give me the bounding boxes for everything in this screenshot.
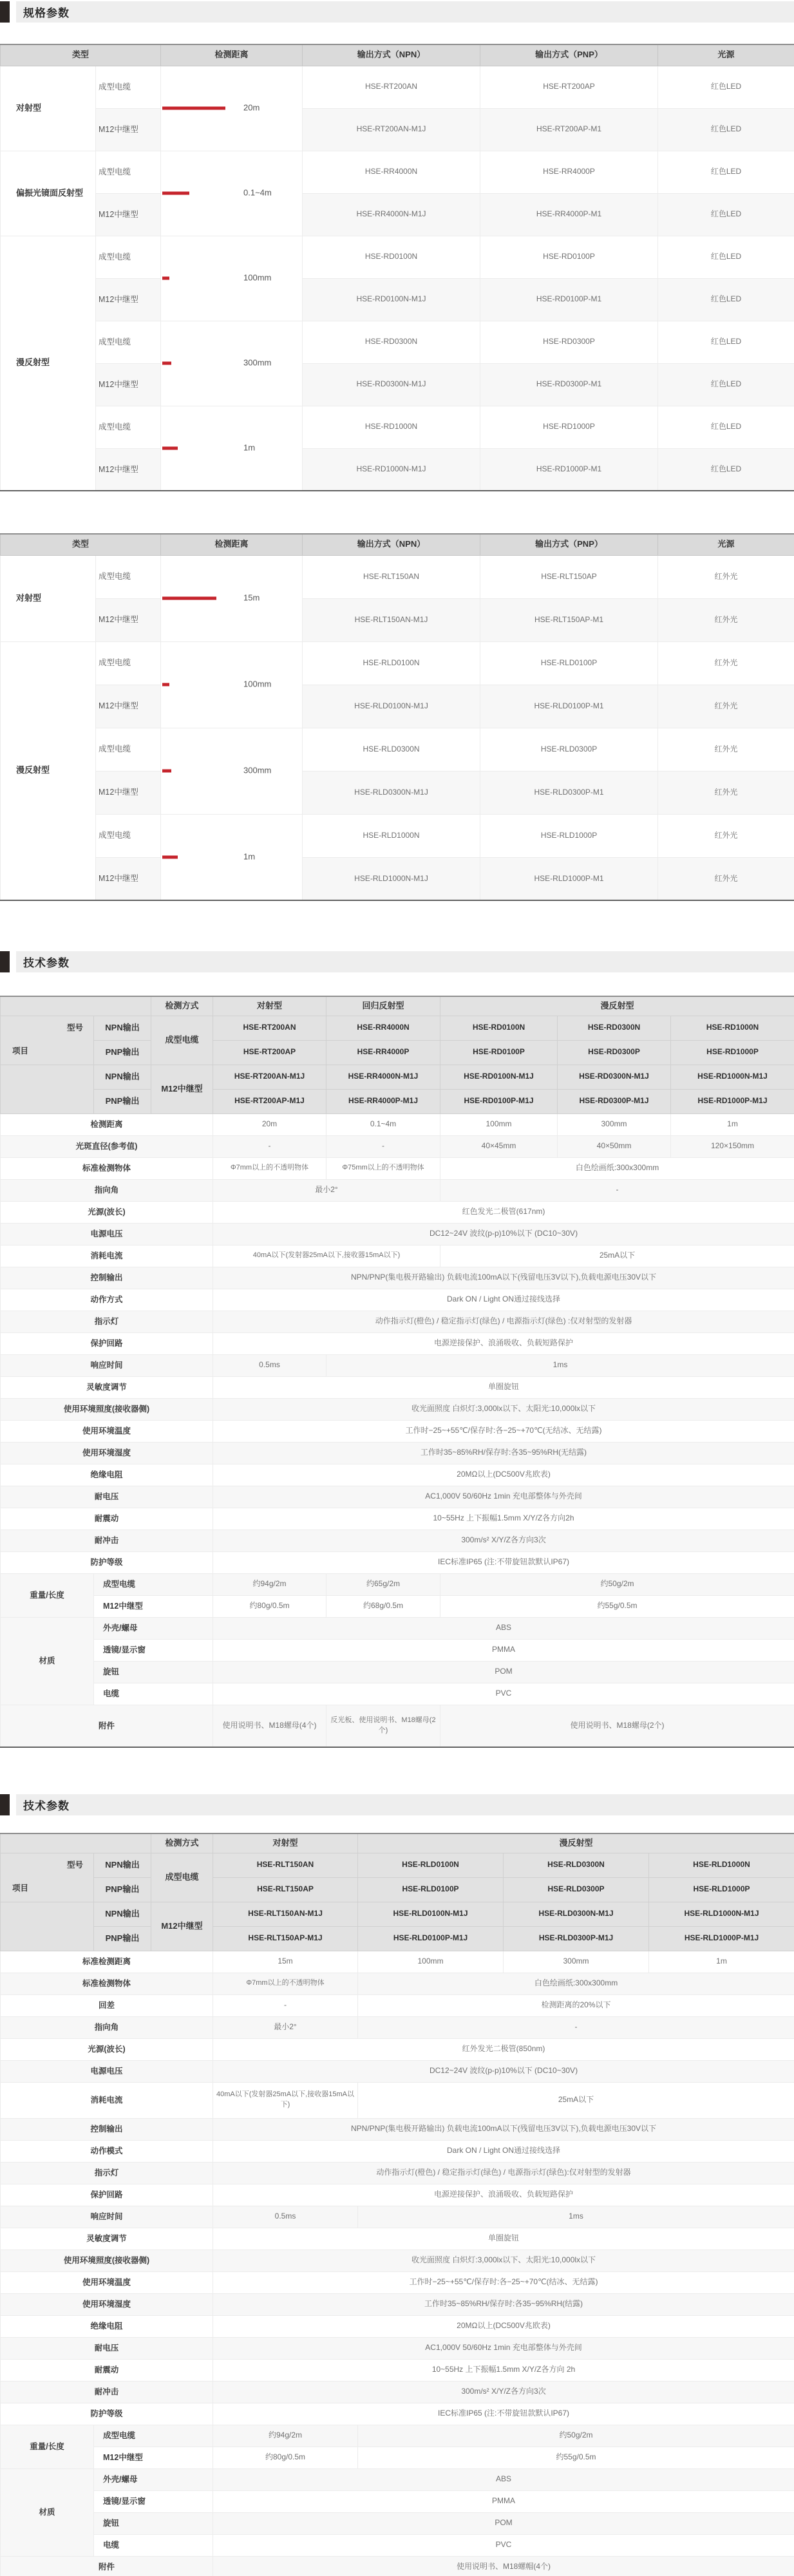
spec-value-cell: IEC标准IP65 (注:不带旋钮款默认IP67) <box>213 2403 794 2425</box>
distance-label: 300mm <box>243 765 271 777</box>
spec-label-cell: 保护回路 <box>1 1332 213 1354</box>
spec-value-cell: 300m/s² X/Y/Z各方向3次 <box>213 2381 794 2403</box>
table-row: 耐震动10~55Hz 上下振幅1.5mm X/Y/Z各方向 2h <box>1 2359 794 2381</box>
section-banner: 技术参数 <box>16 951 794 972</box>
spec-label-cell: 使用环境照度(接收器侧) <box>1 2249 213 2271</box>
spec-value-cell: HSE-RT200AP-M1 <box>480 108 658 151</box>
column-header-cell: 成型电缆 <box>151 1853 213 1902</box>
spec-value-cell: 约94g/2m <box>213 2425 358 2447</box>
section-title: 技术参数 <box>16 1797 70 1813</box>
spec-value-cell: HSE-RLT150AN-M1J <box>303 598 480 641</box>
spec-value-cell: 红色LED <box>658 193 794 236</box>
section-title: 规格参数 <box>16 4 70 20</box>
table-header-row: PNP输出HSE-RLT150AP-M1JHSE-RLD0100P-M1JHSE… <box>1 1926 794 1951</box>
table-row: 附件使用说明书、M18螺母(4个)反光板、使用说明书、M18螺母(2个)使用说明… <box>1 1705 794 1747</box>
model-number-cell: HSE-RLD1000N <box>649 1853 794 1877</box>
distance-indicator: 300mm <box>161 350 302 376</box>
cable-type-cell: M12中继型 <box>96 108 161 151</box>
table-row: 指示灯动作指示灯(橙色) / 稳定指示灯(绿色) / 电源指示灯(绿色) :仅对… <box>1 1311 794 1332</box>
spec-value-cell: 0.5ms <box>213 2206 358 2228</box>
spec-value-cell: 约65g/2m <box>326 1573 440 1595</box>
section-header-tech-1: 技术参数 <box>0 951 794 972</box>
spec-label-cell: 控制输出 <box>1 2118 213 2140</box>
column-header-cell: NPN输出 <box>94 1902 151 1926</box>
spec-sublabel-cell: 电缆 <box>94 2534 213 2556</box>
cable-type-cell: M12中继型 <box>96 857 161 900</box>
table-row: 耐电压AC1,000V 50/60Hz 1min 充电部整体与外壳间 <box>1 1486 794 1508</box>
spec-value-cell: - <box>440 1179 794 1201</box>
table-row: 漫反射型成型电缆100mmHSE-RD0100NHSE-RD0100P红色LED <box>1 236 794 278</box>
table-row: 使用环境湿度工作时35~85%RH/保存时:各35~95%RH(结露) <box>1 2293 794 2315</box>
table-row: 耐震动10~55Hz 上下振幅1.5mm X/Y/Z各方向2h <box>1 1508 794 1529</box>
distance-label: 1m <box>243 851 255 863</box>
cable-type-cell: 成型电缆 <box>96 555 161 598</box>
spec-value-cell: 红外光 <box>658 598 794 641</box>
spec-label-cell: 灵敏度调节 <box>1 1376 213 1398</box>
spec-value-cell: HSE-RD1000P-M1 <box>480 448 658 491</box>
table-row: 光源(波长)红外发光二极管(850nm) <box>1 2038 794 2060</box>
column-header-cell: 类型 <box>1 44 161 66</box>
table-row: 旋钮POM <box>1 1661 794 1683</box>
model-number-cell: HSE-RD0100P-M1J <box>440 1089 558 1113</box>
spec-value-cell: Dark ON / Light ON通过接线选择 <box>213 1289 794 1311</box>
model-number-cell: HSE-RD0100N <box>440 1016 558 1040</box>
cable-type-cell: M12中继型 <box>96 193 161 236</box>
table-row: 耐电压AC1,000V 50/60Hz 1min 充电部整体与外壳间 <box>1 2337 794 2359</box>
distance-label: 15m <box>243 592 260 605</box>
spec-value-cell: 约80g/0.5m <box>213 2447 358 2468</box>
table-row: 检测距离20m0.1~4m100mm300mm1m <box>1 1113 794 1135</box>
spec-value-cell: 100mm <box>358 1951 504 1973</box>
cable-type-cell: 成型电缆 <box>96 406 161 448</box>
cable-type-cell: M12中继型 <box>96 278 161 321</box>
spec-value-cell: 红外光 <box>658 685 794 728</box>
spec-value-cell: 动作指示灯(橙色) / 稳定指示灯(绿色) / 电源指示灯(绿色) :仅对射型的… <box>213 1311 794 1332</box>
spec-value-cell: 15m <box>213 1951 358 1973</box>
table-row: M12中继型HSE-RLD0300N-M1JHSE-RLD0300P-M1红外光 <box>1 771 794 814</box>
table-row: 使用环境温度工作时−25~+55℃/保存时:各−25~+70℃(无结冰、无结露) <box>1 1420 794 1442</box>
spec-value-cell: PMMA <box>213 2490 794 2512</box>
table-row: 回差-检测距离的20%以下 <box>1 1994 794 2016</box>
spec-table-infrared-container: 类型检测距离输出方式（NPN）输出方式（PNP）光源对射型成型电缆15mHSE-… <box>0 533 794 901</box>
table-row: 消耗电流40mA以下(发射器25mA以下,接收器15mA以下)25mA以下 <box>1 1245 794 1267</box>
spec-value-cell: HSE-RLD0300P-M1 <box>480 771 658 814</box>
spec-label-cell: 标准检测距离 <box>1 1951 213 1973</box>
table-row: M12中继型HSE-RT200AN-M1JHSE-RT200AP-M1红色LED <box>1 108 794 151</box>
spec-value-cell: 红外光 <box>658 814 794 857</box>
model-number-cell: HSE-RD0300P <box>558 1040 671 1065</box>
distance-label: 1m <box>243 442 255 454</box>
spec-value-cell: HSE-RLD0300N-M1J <box>303 771 480 814</box>
distance-indicator: 300mm <box>161 758 302 784</box>
cable-type-cell: M12中继型 <box>96 771 161 814</box>
table-row: 灵敏度调节单圈旋钮 <box>1 2228 794 2249</box>
column-header-cell: PNP输出 <box>94 1877 151 1902</box>
spec-value-cell: HSE-RT200AN <box>303 66 480 108</box>
table-row: M12中继型HSE-RD0100N-M1JHSE-RD0100P-M1红色LED <box>1 278 794 321</box>
model-number-cell: HSE-RD0300N <box>558 1016 671 1040</box>
spec-value-cell: 红色LED <box>658 363 794 406</box>
model-number-cell: HSE-RLD0100P-M1J <box>358 1926 504 1951</box>
table-header-row: PNP输出HSE-RLT150APHSE-RLD0100PHSE-RLD0300… <box>1 1877 794 1902</box>
spec-value-cell: 约50g/2m <box>358 2425 794 2447</box>
table-row: 响应时间0.5ms1ms <box>1 1354 794 1376</box>
spec-value-cell: HSE-RLD1000P-M1 <box>480 857 658 900</box>
spec-table-red-led-container: 类型检测距离输出方式（NPN）输出方式（PNP）光源对射型成型电缆20mHSE-… <box>0 44 794 491</box>
spec-value-cell: 约94g/2m <box>213 1573 326 1595</box>
cable-type-cell: M12中继型 <box>96 448 161 491</box>
spec-value-cell: 红外光 <box>658 771 794 814</box>
table-row: M12中继型HSE-RD0300N-M1JHSE-RD0300P-M1红色LED <box>1 363 794 406</box>
spec-value-cell: HSE-RD1000N-M1J <box>303 448 480 491</box>
column-header-cell: M12中继型 <box>151 1902 213 1951</box>
spec-value-cell: 单圈旋钮 <box>213 1376 794 1398</box>
column-header-cell: 类型 <box>1 534 161 555</box>
column-header-cell: 输出方式（PNP） <box>480 44 658 66</box>
item-axis-label: 项目 <box>12 1045 28 1057</box>
spec-value-cell: 红色LED <box>658 406 794 448</box>
distance-label: 0.1~4m <box>243 187 272 200</box>
column-header-cell: PNP输出 <box>94 1040 151 1065</box>
column-header-cell: NPN输出 <box>94 1065 151 1089</box>
spec-value-cell: HSE-RD0100P-M1 <box>480 278 658 321</box>
distance-bar-icon <box>162 770 171 773</box>
distance-bar-icon <box>162 683 169 687</box>
spec-value-cell: 最小2° <box>213 1179 440 1201</box>
detection-distance-cell: 300mm <box>161 321 303 406</box>
table-header-row: PNP输出HSE-RT200APHSE-RR4000PHSE-RD0100PHS… <box>1 1040 794 1065</box>
spec-value-cell: HSE-RLD1000P <box>480 814 658 857</box>
column-header-cell: 光源 <box>658 44 794 66</box>
table-row: 对射型成型电缆20mHSE-RT200ANHSE-RT200AP红色LED <box>1 66 794 108</box>
table-row: M12中继型HSE-RLD0100N-M1JHSE-RLD0100P-M1红外光 <box>1 685 794 728</box>
spec-value-cell: Dark ON / Light ON通过接线选择 <box>213 2140 794 2162</box>
table-row: 标准检测距离15m100mm300mm1m <box>1 1951 794 1973</box>
table-row: M12中继型HSE-RLT150AN-M1JHSE-RLT150AP-M1红外光 <box>1 598 794 641</box>
spec-value-cell: 约50g/2m <box>440 1573 794 1595</box>
sensor-type-cell: 对射型 <box>1 66 96 151</box>
table-row: 消耗电流40mA以下(发射器25mA以下,接收器15mA以下)25mA以下 <box>1 2082 794 2118</box>
spec-value-cell: HSE-RD1000N <box>303 406 480 448</box>
spec-value-cell: NPN/PNP(集电极开路输出) 负载电流100mA以下(残留电压3V以下),负… <box>213 1267 794 1289</box>
spec-value-cell: 红色LED <box>658 321 794 363</box>
spec-label-cell: 耐震动 <box>1 1508 213 1529</box>
column-header-cell: 光源 <box>658 534 794 555</box>
distance-label: 300mm <box>243 357 271 370</box>
spec-value-cell: AC1,000V 50/60Hz 1min 充电部整体与外壳间 <box>213 2337 794 2359</box>
infrared-spec-table: 类型检测距离输出方式（NPN）输出方式（PNP）光源对射型成型电缆15mHSE-… <box>0 533 794 901</box>
spec-label-cell: 重量/长度 <box>1 2425 94 2468</box>
table-row: 绝缘电阻20MΩ以上(DC500V兆欧表) <box>1 2315 794 2337</box>
distance-indicator: 100mm <box>161 265 302 291</box>
spec-value-cell: 约55g/0.5m <box>358 2447 794 2468</box>
table-row: 成型电缆300mmHSE-RD0300NHSE-RD0300P红色LED <box>1 321 794 363</box>
spec-sublabel-cell: 外壳/螺母 <box>94 2468 213 2490</box>
spec-value-cell: 白色绘画纸:300x300mm <box>358 1973 794 1994</box>
section-header-spec: 规格参数 <box>0 1 794 23</box>
table-row: 成型电缆300mmHSE-RLD0300NHSE-RLD0300P红外光 <box>1 728 794 771</box>
spec-label-cell: 指示灯 <box>1 1311 213 1332</box>
spec-value-cell: 40×50mm <box>558 1135 671 1157</box>
spec-value-cell: HSE-RR4000N <box>303 151 480 193</box>
spec-sublabel-cell: 透镜/显示窗 <box>94 2490 213 2512</box>
spec-value-cell: Φ7mm以上的不透明物体 <box>213 1973 358 1994</box>
distance-indicator: 100mm <box>161 672 302 697</box>
spec-value-cell: POM <box>213 2512 794 2534</box>
spec-value-cell: 最小2° <box>213 2016 358 2038</box>
spec-value-cell: 约55g/0.5m <box>440 1595 794 1617</box>
column-header-cell: 检测方式 <box>151 996 213 1016</box>
model-number-cell: HSE-RLD1000P-M1J <box>649 1926 794 1951</box>
cable-type-cell: 成型电缆 <box>96 66 161 108</box>
table-header-row: NPN输出M12中继型HSE-RT200AN-M1JHSE-RR4000N-M1… <box>1 1065 794 1089</box>
model-number-cell: HSE-RLD0100P <box>358 1877 504 1902</box>
spec-value-cell: 10~55Hz 上下振幅1.5mm X/Y/Z各方向2h <box>213 1508 794 1529</box>
sensor-type-cell: 漫反射型 <box>1 641 96 900</box>
table-header-row: 检测方式对射型漫反射型 <box>1 1833 794 1853</box>
section-marker-square <box>0 1 10 23</box>
spec-value-cell: 红外光 <box>658 728 794 771</box>
column-header-cell: 输出方式（NPN） <box>303 534 480 555</box>
spec-label-cell: 使用环境湿度 <box>1 1442 213 1464</box>
spec-value-cell: HSE-RLD0300N <box>303 728 480 771</box>
spec-label-cell: 响应时间 <box>1 1354 213 1376</box>
model-item-diagonal-cell: 型号项目 <box>1 1016 94 1065</box>
table-row: 透镜/显示窗PMMA <box>1 2490 794 2512</box>
table-row: M12中继型HSE-RLD1000N-M1JHSE-RLD1000P-M1红外光 <box>1 857 794 900</box>
spec-value-cell: 20m <box>213 1113 326 1135</box>
column-header-cell: 检测距离 <box>161 44 303 66</box>
spec-value-cell: HSE-RD0300N <box>303 321 480 363</box>
spec-label-cell: 使用环境温度 <box>1 1420 213 1442</box>
model-number-cell: HSE-RD1000P-M1J <box>671 1089 794 1113</box>
table-header-row: 型号项目NPN输出成型电缆HSE-RLT150ANHSE-RLD0100NHSE… <box>1 1853 794 1877</box>
table-row: 指向角最小2°- <box>1 2016 794 2038</box>
table-row: 防护等级IEC标准IP65 (注:不带旋钮款默认IP67) <box>1 1551 794 1573</box>
spec-value-cell: 工作时35~85%RH/保存时:各35~95%RH(无结露) <box>213 1442 794 1464</box>
detection-distance-cell: 100mm <box>161 641 303 728</box>
spec-sublabel-cell: 电缆 <box>94 1683 213 1705</box>
spec-value-cell: 20MΩ以上(DC500V兆欧表) <box>213 2315 794 2337</box>
tech-table-red-led-container: 检测方式对射型回归反射型漫反射型型号项目NPN输出成型电缆HSE-RT200AN… <box>0 996 794 1748</box>
spec-label-cell: 材质 <box>1 2468 94 2556</box>
table-row: 控制输出NPN/PNP(集电极开路输出) 负载电流100mA以下(残留电压3V以… <box>1 2118 794 2140</box>
table-row: 绝缘电阻20MΩ以上(DC500V兆欧表) <box>1 1464 794 1486</box>
spec-value-cell: HSE-RD0100N <box>303 236 480 278</box>
distance-bar-icon <box>162 192 189 195</box>
spec-value-cell: 1m <box>649 1951 794 1973</box>
table-row: 偏振光镜面反射型成型电缆0.1~4mHSE-RR4000NHSE-RR4000P… <box>1 151 794 193</box>
spec-value-cell: 红色LED <box>658 278 794 321</box>
table-row: 标准检测物体Φ7mm以上的不透明物体白色绘画纸:300x300mm <box>1 1973 794 1994</box>
spec-label-cell: 光源(波长) <box>1 2038 213 2060</box>
column-header-cell: 检测方式 <box>151 1833 213 1853</box>
table-row: 动作方式Dark ON / Light ON通过接线选择 <box>1 1289 794 1311</box>
spec-value-cell: 红外光 <box>658 641 794 685</box>
model-number-cell: HSE-RT200AP-M1J <box>213 1089 326 1113</box>
spec-label-cell: 电源电压 <box>1 2060 213 2082</box>
table-row: 电缆PVC <box>1 2534 794 2556</box>
spec-sublabel-cell: M12中继型 <box>94 2447 213 2468</box>
spec-label-cell: 附件 <box>1 2556 213 2576</box>
spec-value-cell: HSE-RD0300N-M1J <box>303 363 480 406</box>
distance-bar-icon <box>162 362 171 365</box>
table-header-row: 类型检测距离输出方式（NPN）输出方式（PNP）光源 <box>1 534 794 555</box>
sensor-type-cell: 对射型 <box>1 555 96 641</box>
spec-value-cell: 红色LED <box>658 236 794 278</box>
model-number-cell: HSE-RLT150AP <box>213 1877 358 1902</box>
cable-type-cell: 成型电缆 <box>96 814 161 857</box>
spec-value-cell: 10~55Hz 上下振幅1.5mm X/Y/Z各方向 2h <box>213 2359 794 2381</box>
spec-value-cell: IEC标准IP65 (注:不带旋钮款默认IP67) <box>213 1551 794 1573</box>
spec-value-cell: 单圈旋钮 <box>213 2228 794 2249</box>
model-number-cell: HSE-RR4000P <box>326 1040 440 1065</box>
detection-distance-cell: 1m <box>161 814 303 900</box>
table-row: M12中继型HSE-RR4000N-M1JHSE-RR4000P-M1红色LED <box>1 193 794 236</box>
table-row: 材质外壳/螺母ABS <box>1 2468 794 2490</box>
spec-value-cell: HSE-RD0100P <box>480 236 658 278</box>
model-number-cell: HSE-RD1000N <box>671 1016 794 1040</box>
spec-value-cell: 红色发光二极管(617nm) <box>213 1201 794 1223</box>
distance-bar-icon <box>162 597 216 600</box>
spec-label-cell: 耐电压 <box>1 2337 213 2359</box>
spec-value-cell: 工作时−25~+55℃/保存时:各−25~+70℃(结冰、无结露) <box>213 2271 794 2293</box>
table-row: 对射型成型电缆15mHSE-RLT150ANHSE-RLT150AP红外光 <box>1 555 794 598</box>
spec-label-cell: 标准检测物体 <box>1 1157 213 1179</box>
infrared-tech-table: 检测方式对射型漫反射型型号项目NPN输出成型电缆HSE-RLT150ANHSE-… <box>0 1833 794 2576</box>
spec-sublabel-cell: 成型电缆 <box>94 1573 213 1595</box>
spec-value-cell: 红色LED <box>658 151 794 193</box>
spec-value-cell: 20MΩ以上(DC500V兆欧表) <box>213 1464 794 1486</box>
spec-value-cell: HSE-RD0300P-M1 <box>480 363 658 406</box>
table-row: 灵敏度调节单圈旋钮 <box>1 1376 794 1398</box>
model-number-cell: HSE-RLD0300N <box>504 1853 649 1877</box>
detection-distance-cell: 20m <box>161 66 303 151</box>
model-number-cell: HSE-RD0100P <box>440 1040 558 1065</box>
spec-value-cell: HSE-RD0300P <box>480 321 658 363</box>
table-row: 防护等级IEC标准IP65 (注:不带旋钮款默认IP67) <box>1 2403 794 2425</box>
table-row: 光源(波长)红色发光二极管(617nm) <box>1 1201 794 1223</box>
table-header-row: 类型检测距离输出方式（NPN）输出方式（PNP）光源 <box>1 44 794 66</box>
spec-value-cell: HSE-RLD1000N <box>303 814 480 857</box>
cable-type-cell: 成型电缆 <box>96 728 161 771</box>
section-marker-square <box>0 1794 10 1815</box>
item-axis-label: 项目 <box>12 1882 28 1894</box>
detection-distance-cell: 300mm <box>161 728 303 814</box>
table-row: 漫反射型成型电缆100mmHSE-RLD0100NHSE-RLD0100P红外光 <box>1 641 794 685</box>
model-number-cell: HSE-RLT150AP-M1J <box>213 1926 358 1951</box>
table-header-row: 型号项目NPN输出成型电缆HSE-RT200ANHSE-RR4000NHSE-R… <box>1 1016 794 1040</box>
cable-type-cell: M12中继型 <box>96 598 161 641</box>
table-row: 电源电压DC12~24V 波纹(p-p)10%以下 (DC10~30V) <box>1 1223 794 1245</box>
detection-distance-cell: 100mm <box>161 236 303 321</box>
spec-value-cell: NPN/PNP(集电极开路输出) 负载电流100mA以下(残留电压3V以下),负… <box>213 2118 794 2140</box>
detection-distance-cell: 0.1~4m <box>161 151 303 236</box>
spec-label-cell: 光斑直径(参考值) <box>1 1135 213 1157</box>
distance-bar-icon <box>162 107 225 110</box>
model-number-cell: HSE-RLD0300P-M1J <box>504 1926 649 1951</box>
spec-value-cell: 红色LED <box>658 108 794 151</box>
spec-label-cell: 绝缘电阻 <box>1 2315 213 2337</box>
spec-value-cell: 25mA以下 <box>440 1245 794 1267</box>
distance-label: 100mm <box>243 272 271 285</box>
spec-value-cell: Φ7mm以上的不透明物体 <box>213 1157 326 1179</box>
spec-value-cell: 红色LED <box>658 66 794 108</box>
spec-label-cell: 指示灯 <box>1 2162 213 2184</box>
model-number-cell: HSE-RLT150AN <box>213 1853 358 1877</box>
table-row: 重量/长度成型电缆约94g/2m约50g/2m <box>1 2425 794 2447</box>
spec-value-cell: 电源逆接保护、浪涌吸收、负载短路保护 <box>213 2184 794 2206</box>
column-header-cell: M12中继型 <box>151 1065 213 1113</box>
table-row: 使用环境温度工作时−25~+55℃/保存时:各−25~+70℃(结冰、无结露) <box>1 2271 794 2293</box>
spec-value-cell: PVC <box>213 1683 794 1705</box>
model-number-cell: HSE-RR4000N <box>326 1016 440 1040</box>
spec-value-cell: 约68g/0.5m <box>326 1595 440 1617</box>
spec-label-cell: 使用环境湿度 <box>1 2293 213 2315</box>
spec-value-cell: HSE-RLD0100N-M1J <box>303 685 480 728</box>
column-header-cell: 漫反射型 <box>440 996 794 1016</box>
spec-label-cell: 指向角 <box>1 2016 213 2038</box>
spec-value-cell: HSE-RT200AP <box>480 66 658 108</box>
table-row: 耐冲击300m/s² X/Y/Z各方向3次 <box>1 2381 794 2403</box>
spec-label-cell: 动作方式 <box>1 1289 213 1311</box>
spec-label-cell: 电源电压 <box>1 1223 213 1245</box>
cable-type-cell: 成型电缆 <box>96 641 161 685</box>
spec-value-cell: 1m <box>671 1113 794 1135</box>
spec-value-cell: AC1,000V 50/60Hz 1min 充电部整体与外壳间 <box>213 1486 794 1508</box>
spec-label-cell: 消耗电流 <box>1 1245 213 1267</box>
spec-value-cell: 动作指示灯(橙色) / 稳定指示灯(绿色) / 电源指示灯(绿色):仅对射型的发… <box>213 2162 794 2184</box>
table-row: 控制输出NPN/PNP(集电极开路输出) 负载电流100mA以下(残留电压3V以… <box>1 1267 794 1289</box>
model-number-cell: HSE-RLD0300N-M1J <box>504 1902 649 1926</box>
spec-value-cell: 收光面照度 白炽灯:3,000lx以下、太阳光:10,000lx以下 <box>213 2249 794 2271</box>
model-axis-label: 型号 <box>67 1022 83 1034</box>
distance-bar-icon <box>162 277 169 280</box>
spec-label-cell: 指向角 <box>1 1179 213 1201</box>
spec-value-cell: 300mm <box>558 1113 671 1135</box>
spec-value-cell: 红外发光二极管(850nm) <box>213 2038 794 2060</box>
spec-value-cell: HSE-RD0100N-M1J <box>303 278 480 321</box>
cable-type-cell: M12中继型 <box>96 363 161 406</box>
model-number-cell: HSE-RLD0100N-M1J <box>358 1902 504 1926</box>
model-number-cell: HSE-RD0300N-M1J <box>558 1065 671 1089</box>
table-row: 透镜/显示窗PMMA <box>1 1639 794 1661</box>
table-row: M12中继型HSE-RD1000N-M1JHSE-RD1000P-M1红色LED <box>1 448 794 491</box>
spec-value-cell: 使用说明书、M18螺帽(4个) <box>213 2556 794 2576</box>
table-row: 保护回路电源逆接保护、浪涌吸收、负载短路保护 <box>1 1332 794 1354</box>
spec-label-cell: 绝缘电阻 <box>1 1464 213 1486</box>
column-header-cell: PNP输出 <box>94 1926 151 1951</box>
model-number-cell: HSE-RT200AP <box>213 1040 326 1065</box>
spec-value-cell: Φ75mm以上的不透明物体 <box>326 1157 440 1179</box>
model-number-cell: HSE-RR4000P-M1J <box>326 1089 440 1113</box>
spec-value-cell: 收光面照度 白炽灯:3,000lx以下、太阳光:10,000lx以下 <box>213 1398 794 1420</box>
cable-type-cell: 成型电缆 <box>96 151 161 193</box>
distance-indicator: 1m <box>161 844 302 870</box>
column-header-cell <box>1 1902 94 1951</box>
table-header-row: NPN输出M12中继型HSE-RLT150AN-M1JHSE-RLD0100N-… <box>1 1902 794 1926</box>
column-header-cell: 对射型 <box>213 996 326 1016</box>
detection-distance-cell: 1m <box>161 406 303 491</box>
model-number-cell: HSE-RLD0100N <box>358 1853 504 1877</box>
tech-table-infrared-container: 检测方式对射型漫反射型型号项目NPN输出成型电缆HSE-RLT150ANHSE-… <box>0 1833 794 2576</box>
spec-value-cell: HSE-RLT150AN <box>303 555 480 598</box>
table-row: 耐冲击300m/s² X/Y/Z各方向3次 <box>1 1529 794 1551</box>
table-row: 旋钮POM <box>1 2512 794 2534</box>
model-axis-label: 型号 <box>67 1859 83 1871</box>
table-row: M12中继型约80g/0.5m约55g/0.5m <box>1 2447 794 2468</box>
table-row: 指示灯动作指示灯(橙色) / 稳定指示灯(绿色) / 电源指示灯(绿色):仅对射… <box>1 2162 794 2184</box>
